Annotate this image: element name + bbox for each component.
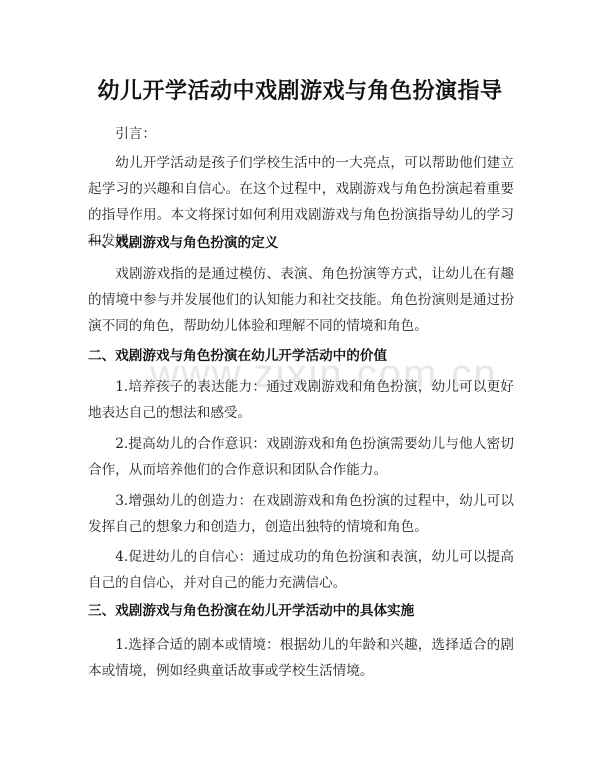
section-1-heading: 一、戏剧游戏与角色扮演的定义 (88, 232, 528, 254)
section-1-paragraph-1: 戏剧游戏指的是通过模仿、表演、角色扮演等方式，让幼儿在有趣的情境中参与并发展他们… (88, 261, 514, 339)
document-title: 幼儿开学活动中戏剧游戏与角色扮演指导 (0, 74, 600, 105)
document-page: 幼儿开学活动中戏剧游戏与角色扮演指导 引言： 幼儿开学活动是孩子们学校生活中的一… (0, 0, 600, 776)
intro-label: 引言： (88, 121, 514, 147)
section-3-heading: 三、戏剧游戏与角色扮演在幼儿开学活动中的具体实施 (88, 600, 528, 622)
section-2-paragraph-2: 2.提高幼儿的合作意识：戏剧游戏和角色扮演需要幼儿与他人密切合作，从而培养他们的… (88, 431, 514, 483)
section-2-paragraph-4: 4.促进幼儿的自信心：通过成功的角色扮演和表演，幼儿可以提高自己的自信心，并对自… (88, 544, 514, 596)
section-2-paragraph-3: 3.增强幼儿的创造力：在戏剧游戏和角色扮演的过程中，幼儿可以发挥自己的想象力和创… (88, 488, 514, 540)
section-3-paragraph-1: 1.选择合适的剧本或情境：根据幼儿的年龄和兴趣，选择适合的剧本或情境，例如经典童… (88, 632, 514, 684)
section-2-paragraph-1: 1.培养孩子的表达能力：通过戏剧游戏和角色扮演，幼儿可以更好地表达自己的想法和感… (88, 374, 514, 426)
